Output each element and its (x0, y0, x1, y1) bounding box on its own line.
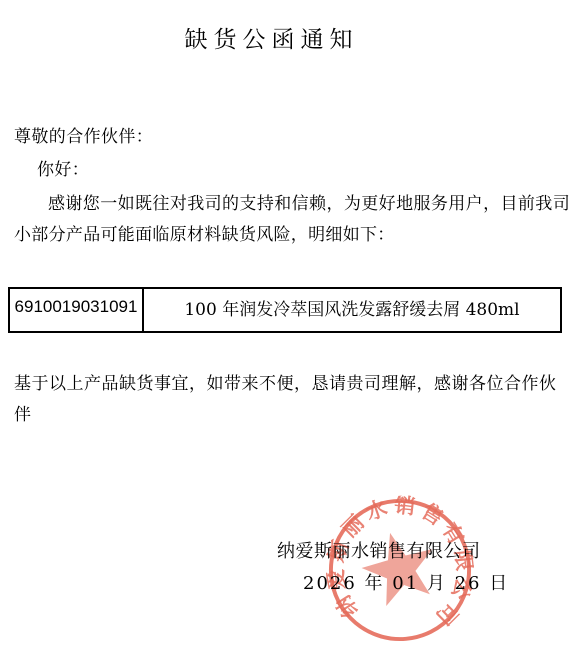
closing-paragraph: 基于以上产品缺货事宜，如带来不便，恳请贵司理解，感谢各位合作伙伴 (14, 369, 570, 431)
body-paragraph: 感谢您一如既往对我司的支持和信赖，为更好地服务用户，目前我司小部分产品可能面临原… (14, 189, 570, 251)
page-title: 缺货公函通知 (0, 21, 577, 54)
signature-company-name: 纳爱斯丽水销售有限公司 (277, 537, 481, 563)
table-row: 6910019031091 100 年润发冷萃国风洗发露舒缓去屑 480ml (9, 288, 561, 332)
product-name-cell: 100 年润发冷萃国风洗发露舒缓去屑 480ml (143, 288, 561, 332)
signature-date: 2026 年 01 月 26 日 (303, 569, 509, 595)
salutation-line: 尊敬的合作伙伴： (14, 122, 153, 147)
shortage-table: 6910019031091 100 年润发冷萃国风洗发露舒缓去屑 480ml (8, 287, 562, 333)
product-barcode-cell: 6910019031091 (9, 288, 143, 332)
seal-arc-text: 纳爱斯丽水销售有限公司 (320, 490, 480, 643)
greeting-line: 你好： (37, 155, 89, 180)
seal-arc-textpath: 纳爱斯丽水销售有限公司 (320, 490, 480, 643)
